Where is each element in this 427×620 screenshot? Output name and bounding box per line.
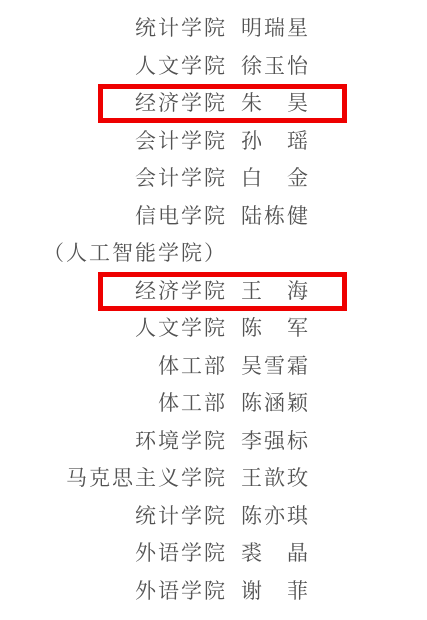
table-row: 经济学院 朱 昊 [0,85,427,123]
college-cell: 信电学院 [0,206,227,227]
college-cell: 马克思主义学院 [0,468,227,489]
name-cell: 王歆玫 [241,468,310,489]
table-row: 会计学院 孙 瑶 [0,123,427,161]
college-cell: 统计学院 [0,506,227,527]
table-row: 人文学院 陈 军 [0,310,427,348]
name-cell: 谢 菲 [241,581,310,602]
table-row: 体工部 陈涵颖 [0,385,427,423]
table-row: 马克思主义学院 王歆玫 [0,460,427,498]
name-cell: 徐玉怡 [241,56,310,77]
college-cell: 经济学院 [0,281,227,302]
table-row: 体工部 吴雪霜 [0,348,427,386]
college-cell: 经济学院 [0,93,227,114]
name-cell: 王 海 [241,281,310,302]
table-row: 统计学院 陈亦琪 [0,498,427,536]
table-row: 会计学院 白 金 [0,160,427,198]
college-cell: 统计学院 [0,18,227,39]
name-cell: 陈 军 [241,318,310,339]
name-cell: 裘 晶 [241,543,310,564]
roster-list: 统计学院 明瑞星 人文学院 徐玉怡 经济学院 朱 昊 会计学院 孙 瑶 会计学院… [0,10,427,610]
name-cell: 吴雪霜 [241,356,310,377]
college-cell: 体工部 [0,393,227,414]
name-cell: 白 金 [241,168,310,189]
table-row: 人文学院 徐玉怡 [0,48,427,86]
name-cell: 陈涵颖 [241,393,310,414]
table-row: （人工智能学院） [0,235,427,273]
name-cell: 陆栋健 [241,206,310,227]
table-row: 统计学院 明瑞星 [0,10,427,48]
name-cell: 孙 瑶 [241,131,310,152]
name-cell: 朱 昊 [241,93,310,114]
college-cell: 环境学院 [0,431,227,452]
table-row: 外语学院 裘 晶 [0,535,427,573]
name-cell: 李强标 [241,431,310,452]
college-cell: 会计学院 [0,168,227,189]
college-cell: 人文学院 [0,56,227,77]
name-cell: 陈亦琪 [241,506,310,527]
college-cell: 体工部 [0,356,227,377]
table-row: 经济学院 王 海 [0,273,427,311]
table-row: 环境学院 李强标 [0,423,427,461]
college-cell: 人文学院 [0,318,227,339]
college-cell: （人工智能学院） [0,243,227,264]
table-row: 外语学院 谢 菲 [0,573,427,611]
college-cell: 外语学院 [0,581,227,602]
table-row: 信电学院 陆栋健 [0,198,427,236]
college-cell: 外语学院 [0,543,227,564]
roster-page: 统计学院 明瑞星 人文学院 徐玉怡 经济学院 朱 昊 会计学院 孙 瑶 会计学院… [0,0,427,620]
name-cell: 明瑞星 [241,18,310,39]
college-cell: 会计学院 [0,131,227,152]
